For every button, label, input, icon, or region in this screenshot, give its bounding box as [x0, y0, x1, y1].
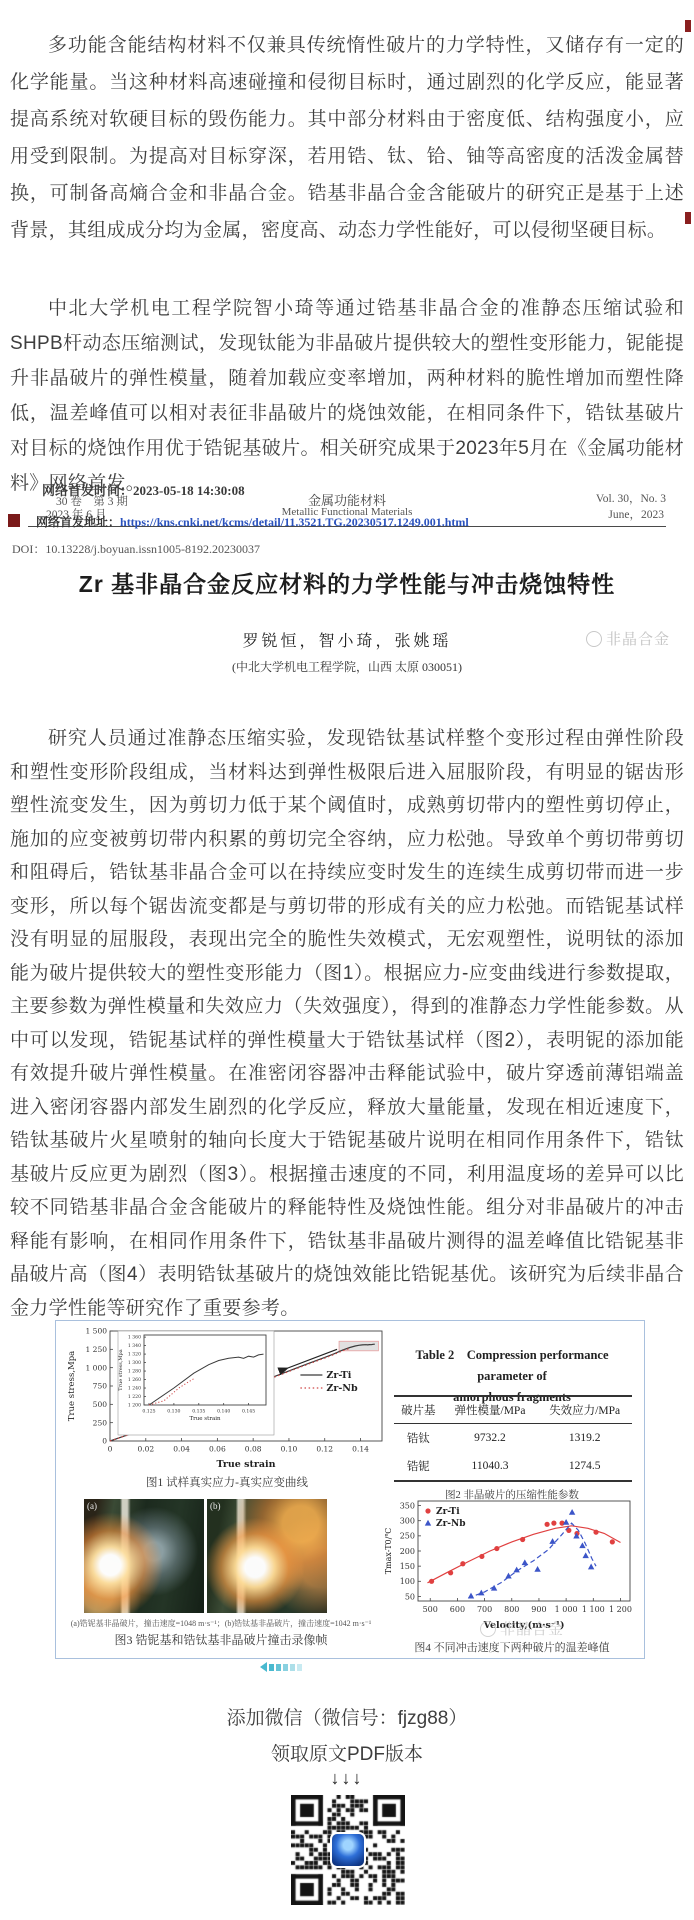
table-row: 锆钛 9732.2 1319.2	[394, 1424, 632, 1453]
svg-text:600: 600	[450, 1605, 465, 1614]
svg-text:1 220: 1 220	[128, 1394, 141, 1400]
fig4-caption: 图4 不同冲击速度下两种破片的温差峰值	[386, 1639, 638, 1655]
svg-text:250: 250	[400, 1532, 415, 1541]
table2-header-row: 破片基 弹性模量/MPa 失效应力/MPa	[394, 1396, 632, 1424]
col-header: 失效应力/MPa	[537, 1396, 632, 1424]
watermark-logo-icon	[586, 631, 602, 647]
table2: 破片基 弹性模量/MPa 失效应力/MPa 锆钛 9732.2 1319.2 锆…	[394, 1395, 632, 1482]
svg-text:0: 0	[108, 1445, 113, 1454]
down-arrows: ↓↓↓	[0, 1768, 694, 1789]
svg-text:0.04: 0.04	[173, 1445, 190, 1454]
body-paragraph: 研究人员通过准静态压缩实验，发现锆钛基试样整个变形过程由弹性阶段和塑性变形阶段组…	[10, 722, 684, 1325]
svg-text:0.125: 0.125	[142, 1409, 155, 1415]
col-header: 破片基	[394, 1396, 443, 1424]
first-publish-link[interactable]: https://kns.cnki.net/kcms/detail/11.3521…	[120, 515, 469, 529]
svg-text:200: 200	[400, 1547, 415, 1556]
journal-header-screenshot: 网络首发时间：2023-05-18 14:30:08 30 卷 第 3 期 20…	[0, 472, 694, 702]
svg-text:1 100: 1 100	[582, 1605, 605, 1614]
svg-text:1 500: 1 500	[86, 1327, 108, 1336]
intro-paragraph-1: 多功能含能结构材料不仅兼具传统惰性破片的力学特性，又储存有一定的化学能量。当这种…	[10, 27, 684, 249]
svg-text:Zr-Ti: Zr-Ti	[326, 1370, 351, 1381]
svg-text:250: 250	[93, 1418, 108, 1427]
svg-text:350: 350	[400, 1501, 415, 1510]
qr-center-logo	[332, 1834, 364, 1866]
svg-text:0.10: 0.10	[281, 1445, 298, 1454]
red-scan-artifact	[685, 20, 691, 32]
date-en: June，2023	[608, 506, 664, 522]
watermark-logo-icon	[480, 1621, 496, 1637]
wechat-contact-line: 添加微信（微信号：fjzg88）	[0, 1703, 694, 1730]
fig1-stress-strain-chart: 00.020.040.060.080.100.120.1402505007501…	[64, 1325, 394, 1477]
impact-photo-b: (b)	[207, 1499, 327, 1613]
first-publish-url-line: 网络首发地址：https://kns.cnki.net/kcms/detail/…	[36, 513, 469, 530]
svg-text:Zr-Ti: Zr-Ti	[436, 1507, 460, 1517]
swipe-left-icon	[260, 1662, 302, 1672]
svg-text:0.06: 0.06	[209, 1445, 226, 1454]
intro-paragraph-2: 中北大学机电工程学院智小琦等通过锆基非晶合金的准静态压缩试验和SHPB杆动态压缩…	[10, 291, 684, 501]
svg-text:0.130: 0.130	[167, 1409, 180, 1415]
svg-text:700: 700	[477, 1605, 492, 1614]
svg-text:True strain: True strain	[216, 1459, 275, 1470]
svg-text:1 200: 1 200	[128, 1403, 141, 1409]
col-header: 弹性模量/MPa	[443, 1396, 538, 1424]
volume-en: Vol. 30，No. 3	[596, 490, 666, 506]
svg-text:0.14: 0.14	[352, 1445, 369, 1454]
svg-text:Zr-Nb: Zr-Nb	[436, 1519, 466, 1529]
paper-affiliation: (中北大学机电工程学院，山西 太原 030051)	[0, 658, 694, 675]
watermark-text: 非晶合金	[606, 628, 670, 649]
svg-text:0: 0	[102, 1437, 107, 1446]
svg-text:1 000: 1 000	[86, 1363, 108, 1372]
amorphous-alloy-watermark: 非晶合金	[586, 628, 670, 649]
svg-text:750: 750	[93, 1382, 108, 1391]
watermark-text: 非晶合金	[500, 1618, 564, 1639]
svg-text:50: 50	[405, 1592, 415, 1601]
photo-label-b: (b)	[210, 1501, 221, 1511]
svg-text:900: 900	[531, 1605, 546, 1614]
svg-text:Tmax-T0/℃: Tmax-T0/℃	[384, 1528, 393, 1575]
impact-photos: (a) (b)	[84, 1499, 327, 1613]
svg-text:1 240: 1 240	[128, 1386, 141, 1392]
svg-text:0.135: 0.135	[192, 1409, 205, 1415]
svg-text:0.140: 0.140	[217, 1409, 230, 1415]
pdf-offer-line: 领取原文PDF版本	[0, 1739, 694, 1766]
doi: DOI：10.13228/j.boyuan.issn1005-8192.2023…	[12, 540, 260, 557]
svg-text:Zr-Nb: Zr-Nb	[326, 1383, 358, 1394]
svg-text:0.12: 0.12	[316, 1445, 333, 1454]
svg-text:1 000: 1 000	[555, 1605, 578, 1614]
svg-text:0.145: 0.145	[242, 1409, 255, 1415]
svg-text:1 340: 1 340	[128, 1343, 141, 1349]
svg-text:500: 500	[423, 1605, 438, 1614]
svg-text:0.02: 0.02	[137, 1445, 154, 1454]
svg-text:1 260: 1 260	[128, 1377, 141, 1383]
impact-photo-a: (a)	[84, 1499, 204, 1613]
url-label: 网络首发地址：	[36, 515, 120, 529]
fig3-caption: 图3 锆铌基和锆钛基非晶破片撞击录像帧	[66, 1631, 376, 1648]
svg-text:1 200: 1 200	[609, 1605, 632, 1614]
red-scan-artifact	[8, 514, 20, 527]
svg-text:500: 500	[93, 1400, 108, 1409]
svg-text:True stress,Mpa: True stress,Mpa	[67, 1351, 77, 1421]
svg-text:1 250: 1 250	[86, 1345, 108, 1354]
amorphous-alloy-watermark: 非晶合金	[480, 1618, 564, 1639]
svg-text:1 300: 1 300	[128, 1360, 141, 1366]
svg-text:150: 150	[400, 1562, 415, 1571]
svg-text:1 280: 1 280	[128, 1369, 141, 1375]
svg-text:1 320: 1 320	[128, 1352, 141, 1358]
figure-panel: 00.020.040.060.080.100.120.1402505007501…	[55, 1320, 645, 1659]
svg-text:1 360: 1 360	[128, 1335, 141, 1341]
svg-text:True stress,Mpa: True stress,Mpa	[118, 1349, 124, 1390]
table-row: 锆铌 11040.3 1274.5	[394, 1452, 632, 1481]
red-scan-artifact	[685, 212, 691, 224]
article-page: 多功能含能结构材料不仅兼具传统惰性破片的力学特性，又储存有一定的化学能量。当这种…	[0, 0, 694, 1920]
wechat-qr-code	[291, 1795, 405, 1905]
svg-text:800: 800	[504, 1605, 519, 1614]
svg-text:0.08: 0.08	[245, 1445, 262, 1454]
fig3-subcaption: (a)锆铌基非晶破片，撞击速度=1048 m·s⁻¹；(b)锆钛基非晶破片，撞击…	[66, 1618, 376, 1629]
paper-title: Zr 基非晶合金反应材料的力学性能与冲击烧蚀特性	[0, 566, 694, 599]
svg-text:300: 300	[400, 1516, 415, 1525]
fig1-caption: 图1 试样真实应力-真实应变曲线	[62, 1474, 392, 1490]
svg-text:100: 100	[400, 1577, 415, 1586]
svg-text:True strain: True strain	[189, 1416, 221, 1422]
photo-label-a: (a)	[87, 1501, 97, 1511]
